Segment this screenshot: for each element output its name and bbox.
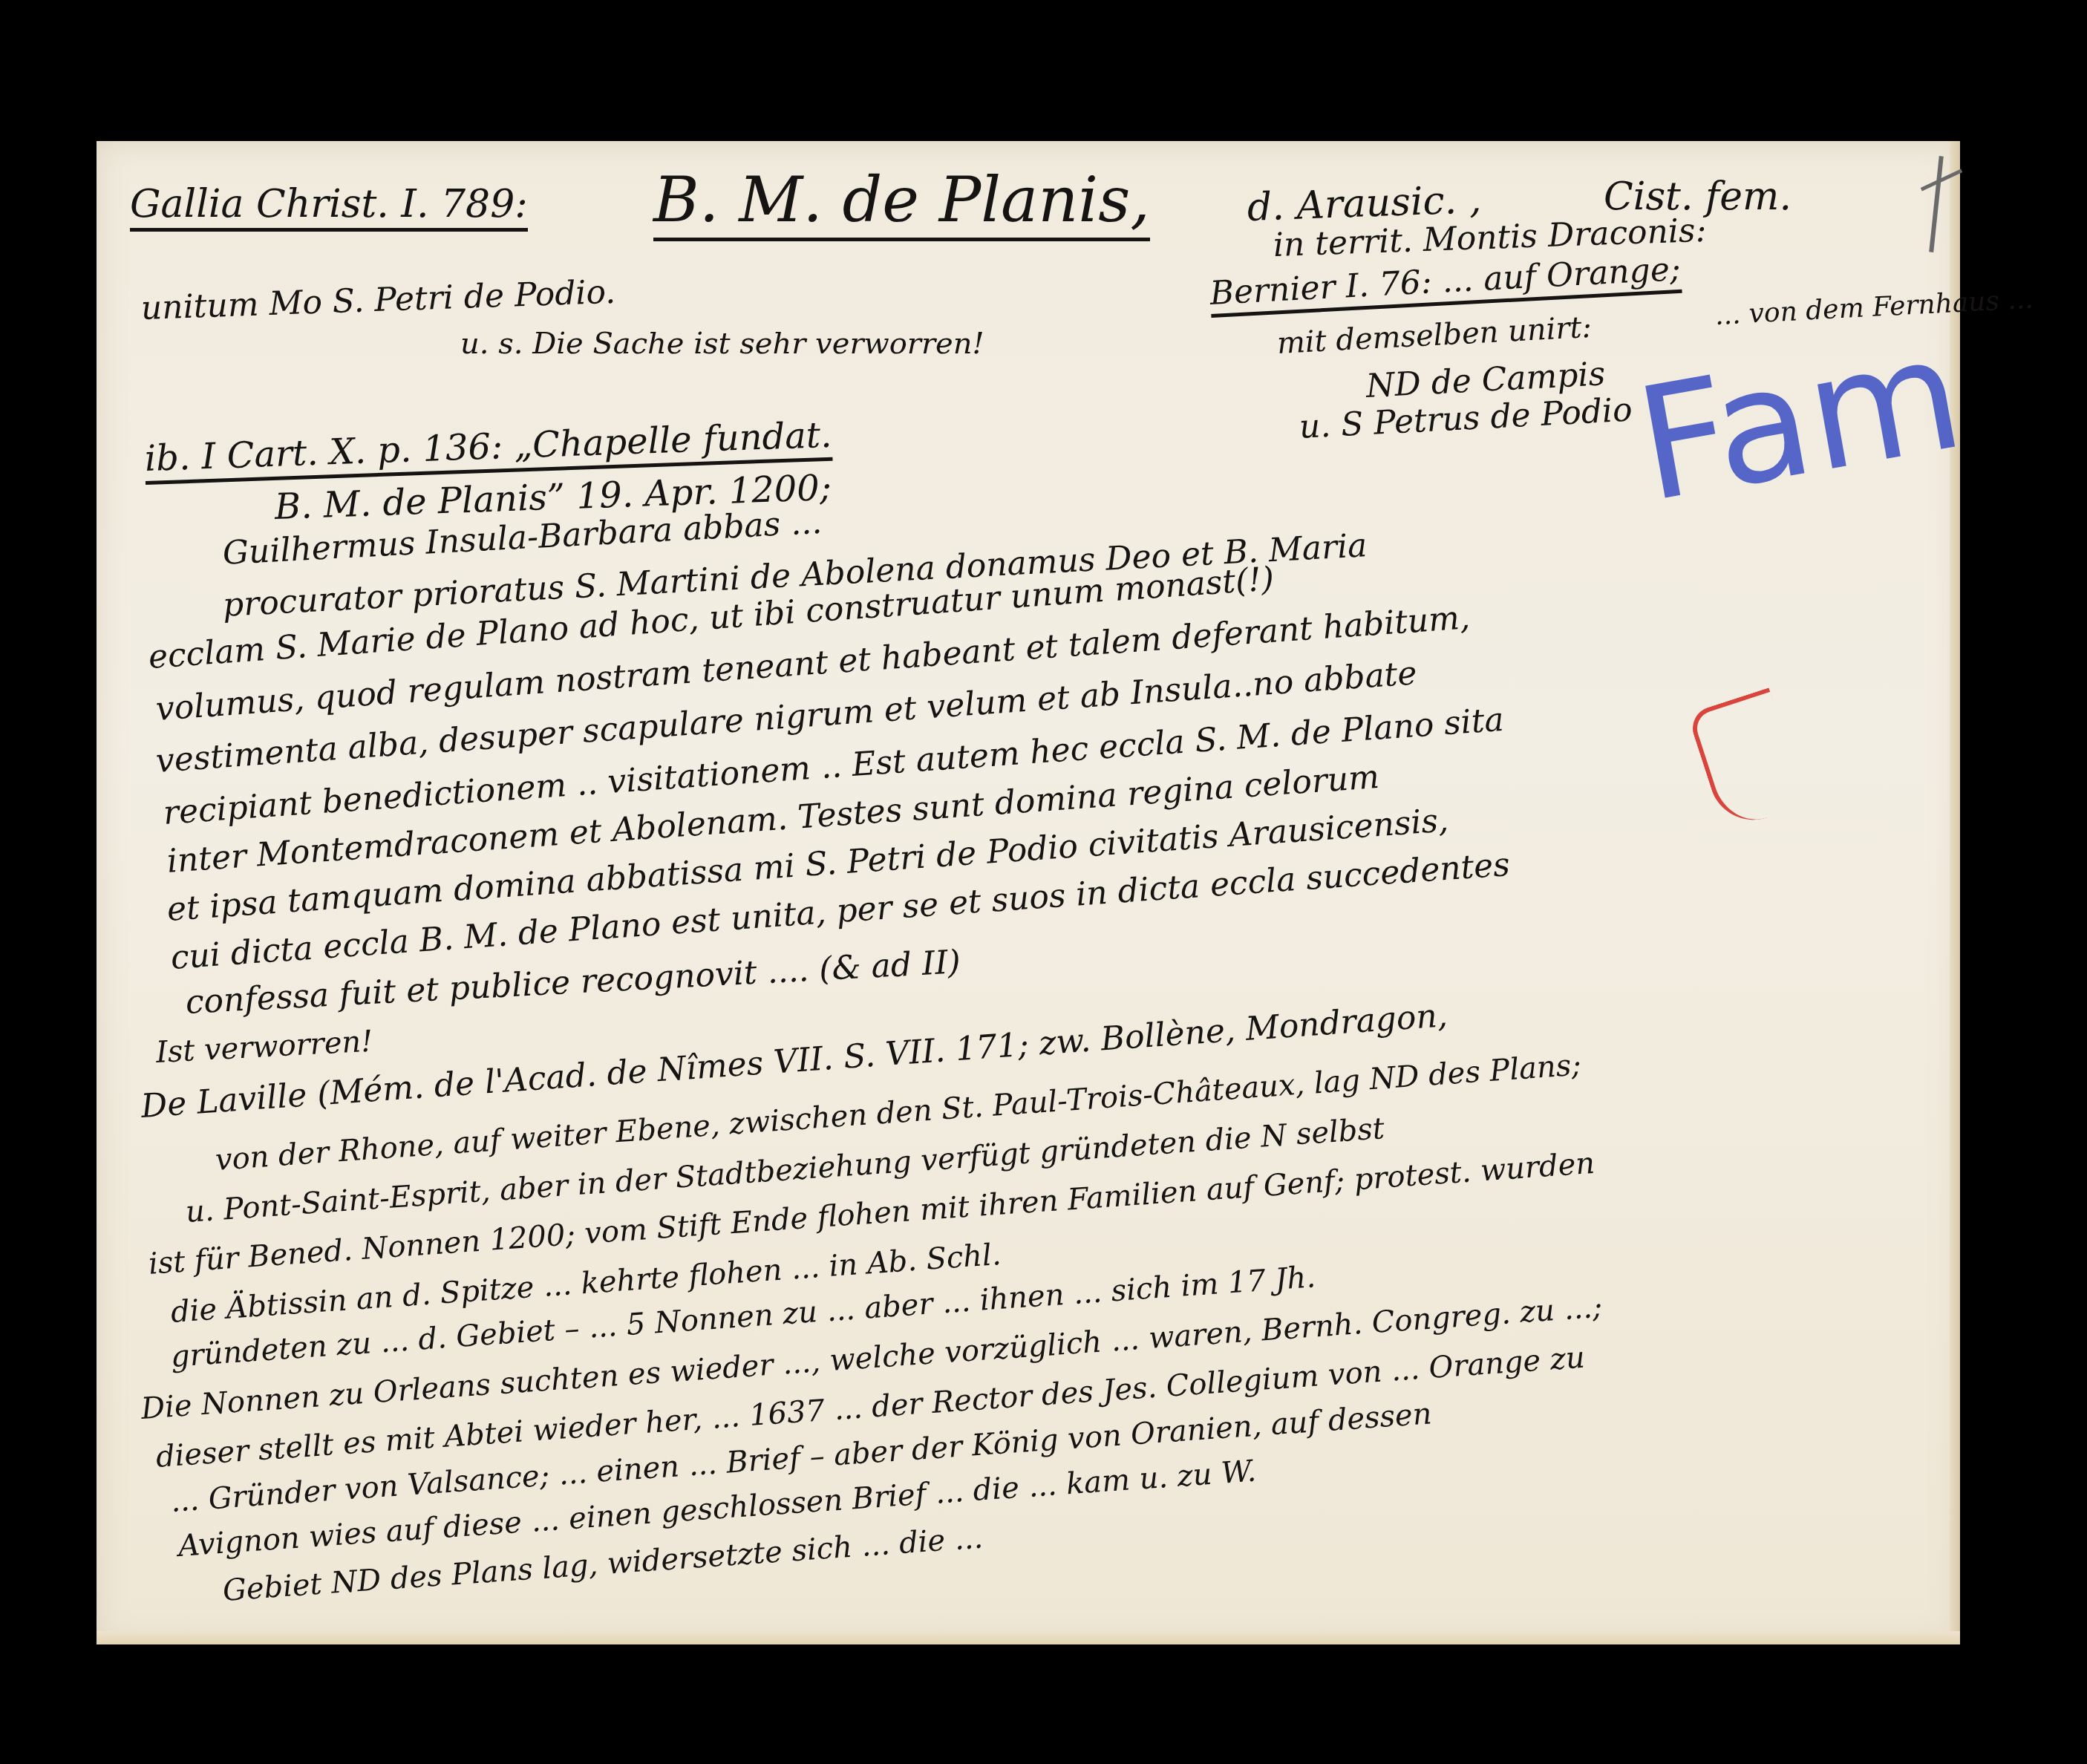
paper-edge-bottom bbox=[97, 1631, 1960, 1644]
body-line: u. s. Die Sache ist sehr verworren! bbox=[460, 327, 984, 361]
page-title: B. M. de Planis, bbox=[653, 163, 1150, 241]
source-reference: Gallia Christ. I. 789: bbox=[130, 182, 528, 232]
